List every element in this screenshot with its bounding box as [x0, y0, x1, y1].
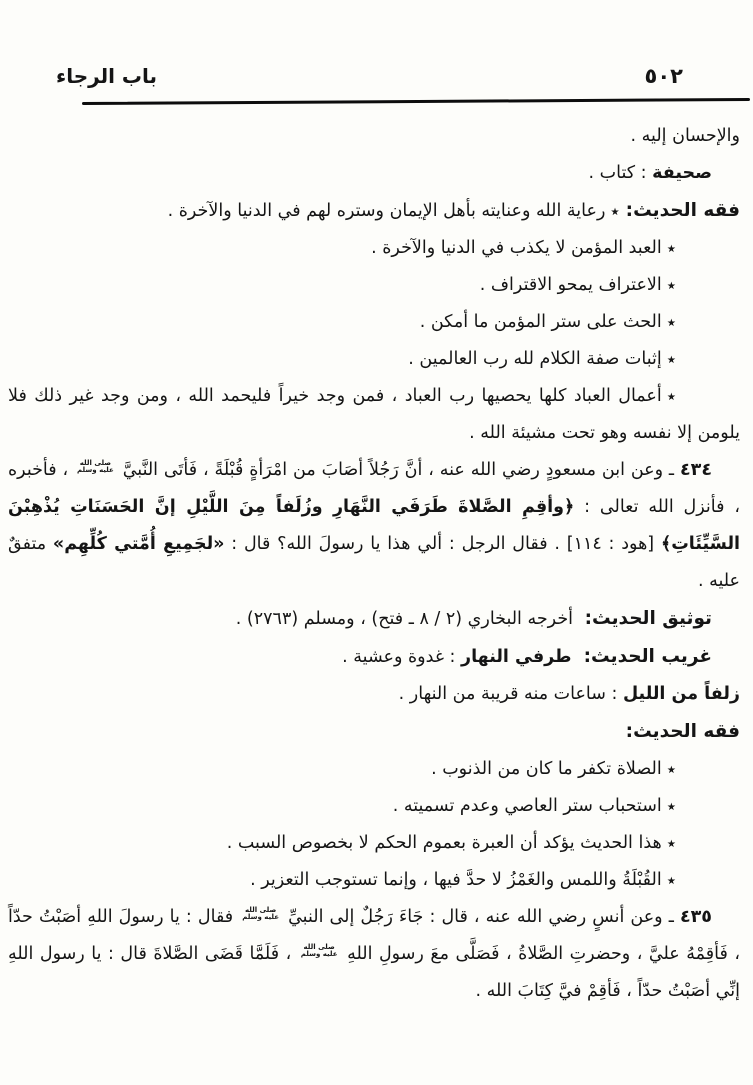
bullet-item: ٭استحباب ستر العاصي وعدم تسميته . — [8, 788, 740, 825]
bullet-text: الصلاة تكفر ما كان من الذنوب . — [431, 759, 662, 779]
page-header: ٥٠٢ باب الرجاء — [0, 0, 753, 88]
fiqh2-heading-line: فقه الحديث: — [8, 713, 740, 751]
bullet-text: أعمال العباد كلها يحصيها رب العباد ، فمن… — [8, 386, 740, 443]
bullet-star-icon: ٭ — [667, 268, 708, 305]
fiqh1-heading-line: فقه الحديث:٭رعاية الله وعنايته بأهل الإي… — [8, 192, 740, 230]
fiqh-hadith-heading: فقه الحديث: — [626, 721, 740, 742]
bullet-text: إثبات صفة الكلام لله رب العالمين . — [408, 349, 661, 369]
saw-bottom: عليه وسلم — [301, 951, 338, 959]
ghareeb-term: طرفي النهار — [461, 647, 578, 667]
hadith-number: ٤٣٥ — [680, 907, 712, 927]
ghareeb-heading: غريب الحديث: — [584, 646, 712, 667]
page-body: والإحسان إليه . صحيفة : كتاب . فقه الحدي… — [0, 103, 753, 1010]
bullet-star-icon: ٭ — [667, 342, 708, 379]
bullet-item: ٭الحث على ستر المؤمن ما أمكن . — [8, 304, 740, 341]
bullet-text: رعاية الله وعنايته بأهل الإيمان وستره له… — [168, 201, 606, 221]
bullet-star-icon: ٭ — [667, 305, 708, 342]
zulfa-text: : ساعات منه قريبة من النهار . — [399, 684, 623, 704]
bullet-star-icon: ٭ — [610, 194, 619, 231]
continuation-line: والإحسان إليه . — [8, 118, 740, 155]
bullet-star-icon: ٭ — [667, 379, 708, 416]
saheefa-line: صحيفة : كتاب . — [8, 155, 740, 192]
bullet-item: ٭الصلاة تكفر ما كان من الذنوب . — [8, 751, 740, 788]
saw-symbol: صلى اللهعليه وسلم — [77, 460, 114, 475]
saw-bottom: عليه وسلم — [242, 914, 279, 922]
fiqh-hadith-heading: فقه الحديث: — [626, 200, 740, 221]
bullet-text: الاعتراف يمحو الاقتراف . — [480, 275, 662, 295]
saheefa-lead: صحيفة — [652, 163, 712, 183]
tawtheeq-line: توثيق الحديث: أخرجه البخاري (٢ / ٨ ـ فتح… — [8, 600, 740, 638]
saheefa-rest: : كتاب . — [589, 163, 653, 183]
hadith-number: ٤٣٤ — [680, 460, 712, 480]
bullet-text: العبد المؤمن لا يكذب في الدنيا والآخرة . — [371, 238, 662, 258]
bullet-item: ٭هذا الحديث يؤكد أن العبرة بعموم الحكم ل… — [8, 825, 740, 862]
page-number: ٥٠٢ — [645, 64, 683, 88]
book-page: ٥٠٢ باب الرجاء والإحسان إليه . صحيفة : ك… — [0, 0, 753, 1085]
ghareeb-text: : غدوة وعشية . — [342, 647, 461, 667]
bullet-star-icon: ٭ — [667, 789, 708, 826]
zulfa-term: زلفاً من الليل — [623, 684, 740, 704]
bullet-item: ٭أعمال العباد كلها يحصيها رب العباد ، فم… — [8, 378, 740, 452]
bullet-item: ٭الاعتراف يمحو الاقتراف . — [8, 267, 740, 304]
chapter-title: باب الرجاء — [56, 64, 157, 88]
ghareeb-line: غريب الحديث: طرفي النهار : غدوة وعشية . — [8, 638, 740, 676]
bullet-text: استحباب ستر العاصي وعدم تسميته . — [393, 796, 662, 816]
hadith-quote: «لجَمِيعِ أُمَّتي كُلِّهِم» — [53, 534, 225, 554]
saw-symbol: صلى اللهعليه وسلم — [242, 907, 279, 922]
saw-bottom: عليه وسلم — [77, 467, 114, 475]
hadith-text: ـ وعن ابن مسعودٍ رضي الله عنه ، أنَّ رَج… — [117, 460, 680, 480]
bullet-star-icon: ٭ — [667, 863, 708, 900]
hadith-434: ٤٣٤ ـ وعن ابن مسعودٍ رضي الله عنه ، أنَّ… — [8, 452, 740, 600]
tawtheeq-text: أخرجه البخاري (٢ / ٨ ـ فتح) ، ومسلم (٢٧٦… — [236, 609, 579, 629]
bullet-star-icon: ٭ — [667, 826, 708, 863]
bullet-item: ٭القُبْلَةُ واللمس والغَمْزُ لا حدَّ فيه… — [8, 862, 740, 899]
bullet-text: هذا الحديث يؤكد أن العبرة بعموم الحكم لا… — [227, 833, 662, 853]
hadith-435: ٤٣٥ ـ وعن أنسٍ رضي الله عنه ، قال : جَاء… — [8, 899, 740, 1010]
bullet-star-icon: ٭ — [667, 752, 708, 789]
hadith-text: [هود : ١١٤] . فقال الرجل : ألي هذا يا رس… — [224, 534, 660, 554]
bullet-item: ٭إثبات صفة الكلام لله رب العالمين . — [8, 341, 740, 378]
bullet-text: القُبْلَةُ واللمس والغَمْزُ لا حدَّ فيها… — [250, 870, 662, 890]
bullet-text: الحث على ستر المؤمن ما أمكن . — [420, 312, 662, 332]
zulfa-line: زلفاً من الليل : ساعات منه قريبة من النه… — [8, 676, 740, 713]
bullet-star-icon: ٭ — [667, 231, 708, 268]
bullet-item: ٭العبد المؤمن لا يكذب في الدنيا والآخرة … — [8, 230, 740, 267]
tawtheeq-heading: توثيق الحديث: — [585, 608, 712, 629]
hadith-text: ـ وعن أنسٍ رضي الله عنه ، قال : جَاءَ رَ… — [282, 907, 680, 927]
saw-symbol: صلى اللهعليه وسلم — [301, 944, 338, 959]
